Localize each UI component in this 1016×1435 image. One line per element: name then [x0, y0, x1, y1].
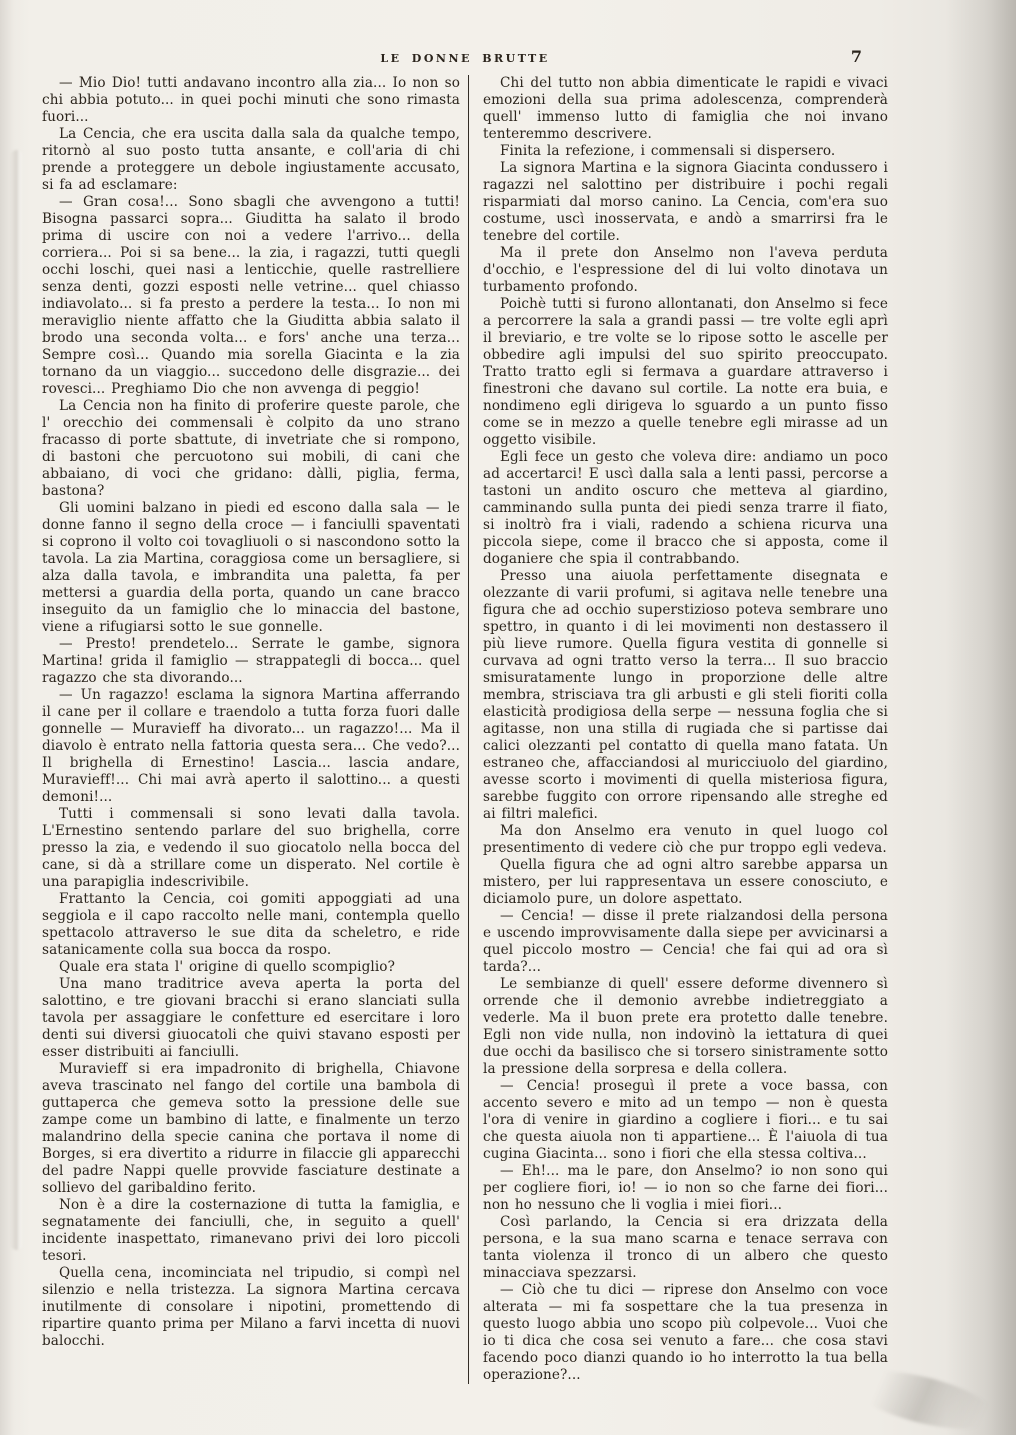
paragraph: Non è a dire la costernazione di tutta l…: [42, 1197, 460, 1265]
page-header: LE DONNE BRUTTE 7: [42, 50, 888, 70]
book-page: LE DONNE BRUTTE 7 — Mio Dio! tutti andav…: [0, 0, 1016, 1435]
paragraph: Gli uomini balzano in piedi ed escono da…: [42, 500, 460, 636]
paragraph: La Cencia, che era uscita dalla sala da …: [42, 126, 460, 194]
scan-edge: [946, 0, 1016, 1435]
left-column: — Mio Dio! tutti andavano incontro alla …: [42, 75, 460, 1384]
running-title: LE DONNE BRUTTE: [42, 52, 888, 65]
paragraph: — Cencia! — disse il prete rialzandosi d…: [483, 908, 888, 976]
scan-crease: [10, 150, 24, 1250]
paragraph: — Un ragazzo! esclama la signora Martina…: [42, 687, 460, 806]
paragraph: Frattanto la Cencia, coi gomiti appoggia…: [42, 891, 460, 959]
paragraph: — Gran cosa!... Sono sbagli che avvengon…: [42, 194, 460, 398]
page-number: 7: [851, 47, 862, 66]
paragraph: Ma don Anselmo era venuto in quel luogo …: [483, 823, 888, 857]
paragraph: — Ciò che tu dici — riprese don Anselmo …: [483, 1282, 888, 1384]
paragraph: Chi del tutto non abbia dimenticate le r…: [483, 75, 888, 143]
paragraph: — Eh!... ma le pare, don Anselmo? io non…: [483, 1163, 888, 1214]
paragraph: Quella figura che ad ogni altro sarebbe …: [483, 857, 888, 908]
paragraph: La Cencia non ha finito di proferire que…: [42, 398, 460, 500]
paragraph: Poichè tutti si furono allontanati, don …: [483, 296, 888, 449]
paragraph: Presso una aiuola perfettamente disegnat…: [483, 568, 888, 823]
column-divider: [468, 75, 469, 1384]
paragraph: Egli fece un gesto che voleva dire: andi…: [483, 449, 888, 568]
paragraph: Così parlando, la Cencia si era drizzata…: [483, 1214, 888, 1282]
paragraph: Tutti i commensali si sono levati dalla …: [42, 806, 460, 891]
right-column: Chi del tutto non abbia dimenticate le r…: [483, 75, 888, 1384]
paragraph: La signora Martina e la signora Giacinta…: [483, 160, 888, 245]
paragraph: — Presto! prendetelo... Serrate le gambe…: [42, 636, 460, 687]
paragraph: Le sembianze di quell' essere deforme di…: [483, 976, 888, 1078]
text-columns: — Mio Dio! tutti andavano incontro alla …: [42, 75, 888, 1384]
paragraph: Una mano traditrice aveva aperta la port…: [42, 976, 460, 1061]
paragraph: — Cencia! proseguì il prete a voce bassa…: [483, 1078, 888, 1163]
paragraph: Quale era stata l' origine di quello sco…: [42, 959, 460, 976]
paragraph: Finita la refezione, i commensali si dis…: [483, 143, 888, 160]
paragraph: — Mio Dio! tutti andavano incontro alla …: [42, 75, 460, 126]
paragraph: Ma il prete don Anselmo non l'aveva perd…: [483, 245, 888, 296]
paragraph: Muravieff si era impadronito di brighell…: [42, 1061, 460, 1197]
paragraph: Quella cena, incominciata nel tripudio, …: [42, 1265, 460, 1350]
